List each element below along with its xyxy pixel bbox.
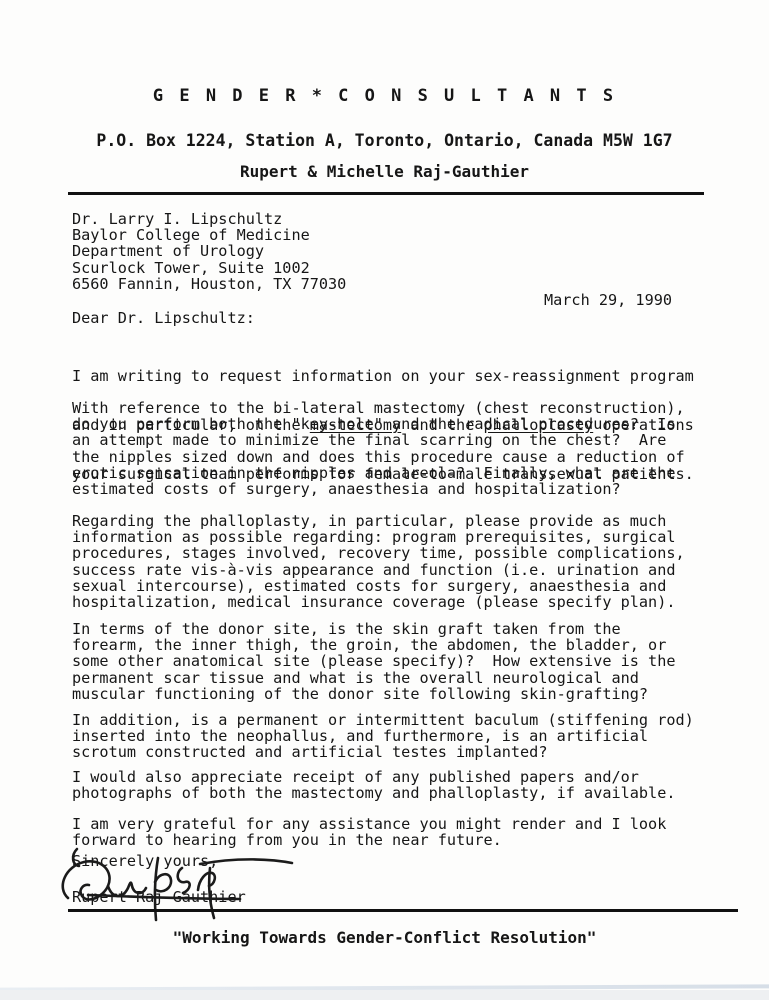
scan-edge-shadow <box>0 990 769 1000</box>
recipient-address: Dr. Larry I. Lipschultz Baylor College o… <box>72 211 346 292</box>
org-contacts: Rupert & Michelle Raj-Gauthier <box>0 162 769 181</box>
paragraph-phalloplasty-questions: Regarding the phalloplasty, in particula… <box>72 513 685 610</box>
paragraph-donor-site-questions: In terms of the donor site, is the skin … <box>72 621 675 702</box>
paragraph-mastectomy-questions: With reference to the bi-lateral mastect… <box>72 400 685 497</box>
footer-motto: "Working Towards Gender-Conflict Resolut… <box>0 928 769 947</box>
org-address: P.O. Box 1224, Station A, Toronto, Ontar… <box>0 131 769 150</box>
org-name: G E N D E R * C O N S U L T A N T S <box>0 86 769 106</box>
letter-date: March 29, 1990 <box>544 291 672 309</box>
paragraph-line: I am writing to request information on y… <box>72 368 694 384</box>
letter-page: G E N D E R * C O N S U L T A N T S P.O.… <box>0 0 769 1000</box>
footer-divider-rule <box>68 909 738 912</box>
salutation: Dear Dr. Lipschultz: <box>72 310 255 326</box>
letterhead-divider-rule <box>68 192 704 195</box>
paragraph-thanks: I am very grateful for any assistance yo… <box>72 816 666 848</box>
paragraph-implant-questions: In addition, is a permanent or intermitt… <box>72 712 694 761</box>
paragraph-papers-request: I would also appreciate receipt of any p… <box>72 769 675 801</box>
handwritten-signature-icon <box>58 846 308 930</box>
